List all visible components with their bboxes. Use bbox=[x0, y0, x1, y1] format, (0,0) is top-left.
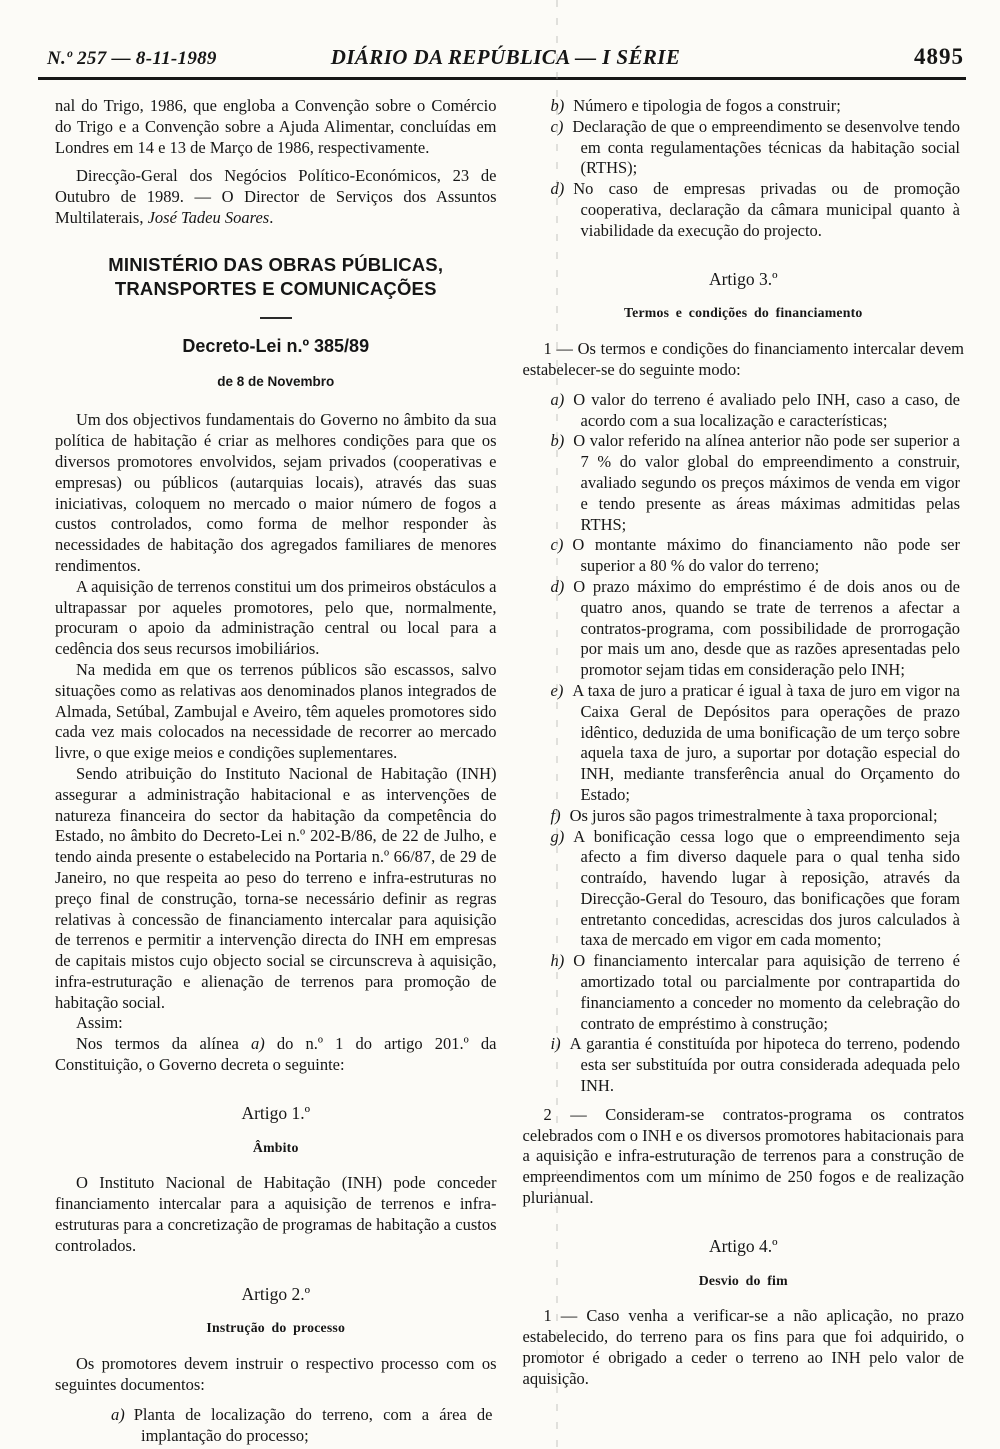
list-item: d)O prazo máximo do empréstimo é de dois… bbox=[523, 577, 961, 681]
paragraph-continued: nal do Trigo, 1986, que engloba a Conven… bbox=[55, 96, 497, 158]
paragraph: Os promotores devem instruir o respectiv… bbox=[55, 1354, 497, 1396]
list-item-text: O valor referido na alínea anterior não … bbox=[573, 431, 960, 533]
paragraph: 1 — Os termos e condições do financiamen… bbox=[523, 339, 965, 381]
text-run: Nos termos da alínea bbox=[76, 1034, 251, 1053]
two-column-content: nal do Trigo, 1986, que engloba a Conven… bbox=[55, 96, 964, 1446]
paragraph: 2 — Consideram-se contratos-programa os … bbox=[523, 1105, 965, 1209]
list-item-text: O prazo máximo do empréstimo é de dois a… bbox=[573, 577, 960, 679]
paragraph: A aquisição de terrenos constitui um dos… bbox=[55, 577, 497, 660]
list-item-marker: g) bbox=[551, 827, 574, 846]
left-column: nal do Trigo, 1986, que engloba a Conven… bbox=[55, 96, 497, 1446]
section-divider bbox=[260, 317, 292, 319]
list-item-marker: e) bbox=[551, 681, 573, 700]
article-heading: Artigo 3.º bbox=[523, 269, 965, 290]
text-run: 2 — Consideram-se contratos-programa os … bbox=[523, 1105, 965, 1207]
list-item-text: O financiamento intercalar para aquisiçã… bbox=[573, 951, 960, 1032]
ministry-heading: MINISTÉRIO DAS OBRAS PÚBLICAS,TRANSPORTE… bbox=[55, 253, 497, 301]
paragraph: 1 — Caso venha a verificar-se a não apli… bbox=[523, 1306, 965, 1389]
list-item-marker: c) bbox=[551, 535, 573, 554]
italic-text-run: José Tadeu Soares bbox=[148, 208, 270, 227]
text-run: 1 — Os termos e condições do financiamen… bbox=[523, 339, 965, 379]
list-item: c)Declaração de que o empreendimento se … bbox=[523, 117, 961, 179]
paragraph: O Instituto Nacional de Habitação (INH) … bbox=[55, 1173, 497, 1256]
list-item: e)A taxa de juro a praticar é igual à ta… bbox=[523, 681, 961, 806]
paragraph: Nos termos da alínea a) do n.º 1 do arti… bbox=[55, 1034, 497, 1076]
gazette-title: DIÁRIO DA REPÚBLICA — I SÉRIE bbox=[297, 45, 714, 70]
list-item-marker: i) bbox=[551, 1034, 570, 1053]
text-run: nal do Trigo, 1986, que engloba a Conven… bbox=[55, 96, 497, 157]
ministry-heading-line: TRANSPORTES E COMUNICAÇÕES bbox=[55, 277, 497, 301]
paragraph: Sendo atribuição do Instituto Nacional d… bbox=[55, 764, 497, 1014]
article-subtitle: Desvio do fim bbox=[523, 1271, 965, 1292]
text-run: . bbox=[269, 208, 273, 227]
article-subtitle: Instrução do processo bbox=[55, 1318, 497, 1339]
text-run: 1 — Caso venha a verificar-se a não apli… bbox=[523, 1306, 965, 1387]
list-item-marker: h) bbox=[551, 951, 574, 970]
list-item-text: O valor do terreno é avaliado pelo INH, … bbox=[573, 390, 960, 430]
list-item-text: A garantia é constituída por hipoteca do… bbox=[570, 1034, 960, 1095]
text-run: Um dos objectivos fundamentais do Govern… bbox=[55, 410, 497, 575]
article-subtitle: Âmbito bbox=[55, 1138, 497, 1159]
gazette-page: N.º 257 — 8-11-1989 DIÁRIO DA REPÚBLICA … bbox=[0, 0, 1000, 1449]
list-item-text: Número e tipologia de fogos a construir; bbox=[573, 96, 841, 115]
list-item-marker: a) bbox=[111, 1405, 134, 1424]
decree-title: Decreto-Lei n.º 385/89 bbox=[55, 336, 497, 357]
list-item-marker: d) bbox=[551, 179, 574, 198]
article-heading: Artigo 4.º bbox=[523, 1236, 965, 1257]
list-item: b)O valor referido na alínea anterior nã… bbox=[523, 431, 961, 535]
text-run: Sendo atribuição do Instituto Nacional d… bbox=[55, 764, 497, 1012]
list-item: i)A garantia é constituída por hipoteca … bbox=[523, 1034, 961, 1096]
list-item: d)No caso de empresas privadas ou de pro… bbox=[523, 179, 961, 241]
list-item: h)O financiamento intercalar para aquisi… bbox=[523, 951, 961, 1034]
list-item-text: Planta de localização do terreno, com a … bbox=[134, 1405, 493, 1445]
list-item: b)Número e tipologia de fogos a construi… bbox=[523, 96, 961, 117]
list-item: a)Planta de localização do terreno, com … bbox=[55, 1405, 493, 1447]
list-item-text: O montante máximo do financiamento não p… bbox=[572, 535, 960, 575]
list-item-marker: f) bbox=[551, 806, 570, 825]
text-run: Na medida em que os terrenos públicos sã… bbox=[55, 660, 497, 762]
list-item-marker: d) bbox=[551, 577, 574, 596]
text-run: Direcção-Geral dos Negócios Político-Eco… bbox=[55, 166, 497, 227]
paragraph: Assim: bbox=[55, 1013, 497, 1034]
paragraph: Na medida em que os terrenos públicos sã… bbox=[55, 660, 497, 764]
article-subtitle: Termos e condições do financiamento bbox=[523, 303, 965, 324]
decree-date: de 8 de Novembro bbox=[55, 372, 497, 393]
ministry-heading-line: MINISTÉRIO DAS OBRAS PÚBLICAS, bbox=[55, 253, 497, 277]
article-heading: Artigo 2.º bbox=[55, 1284, 497, 1305]
text-run: Os promotores devem instruir o respectiv… bbox=[55, 1354, 497, 1394]
list-item: a)O valor do terreno é avaliado pelo INH… bbox=[523, 390, 961, 432]
list-item: f)Os juros são pagos trimestralmente à t… bbox=[523, 806, 961, 827]
list-item-text: A taxa de juro a praticar é igual à taxa… bbox=[572, 681, 960, 804]
list-item-marker: c) bbox=[551, 117, 573, 136]
paragraph: Um dos objectivos fundamentais do Govern… bbox=[55, 410, 497, 576]
italic-text-run: a) bbox=[251, 1034, 265, 1053]
text-run: Assim: bbox=[76, 1013, 123, 1032]
list-item: g)A bonificação cessa logo que o empreen… bbox=[523, 827, 961, 952]
list-item-marker: a) bbox=[551, 390, 574, 409]
page-number: 4895 bbox=[714, 44, 964, 70]
page-header: N.º 257 — 8-11-1989 DIÁRIO DA REPÚBLICA … bbox=[47, 44, 964, 70]
list-item-text: A bonificação cessa logo que o empreendi… bbox=[573, 827, 960, 950]
list-item-text: Declaração de que o empreendimento se de… bbox=[572, 117, 960, 178]
header-rule bbox=[38, 77, 966, 80]
list-item: c)O montante máximo do financiamento não… bbox=[523, 535, 961, 577]
list-item-text: Os juros são pagos trimestralmente à tax… bbox=[570, 806, 938, 825]
list-item-marker: b) bbox=[551, 431, 574, 450]
list-item-marker: b) bbox=[551, 96, 574, 115]
paragraph: Direcção-Geral dos Negócios Político-Eco… bbox=[55, 166, 497, 228]
list-item-text: No caso de empresas privadas ou de promo… bbox=[573, 179, 960, 240]
text-run: O Instituto Nacional de Habitação (INH) … bbox=[55, 1173, 497, 1254]
right-column: b)Número e tipologia de fogos a construi… bbox=[523, 96, 965, 1446]
issue-number: N.º 257 — 8-11-1989 bbox=[47, 48, 297, 70]
text-run: A aquisição de terrenos constitui um dos… bbox=[55, 577, 497, 658]
article-heading: Artigo 1.º bbox=[55, 1103, 497, 1124]
